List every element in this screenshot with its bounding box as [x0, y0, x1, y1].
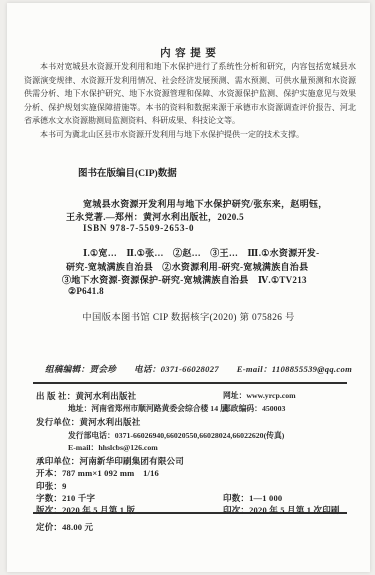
summary-body: 本书对宽城县水资源开发利用和地下水保护进行了系统性分析和研究，内容包括宽城县水资… [24, 60, 356, 142]
impression-line: 印次：2020 年 5 月第 1 次印刷 [223, 504, 340, 516]
printrun-label: 印数： [223, 493, 249, 503]
address-value: 河南省郑州市顺河路黄委会综合楼 14 层 [91, 404, 227, 413]
email-line: E-mail：hhslcbs@126.com [68, 442, 158, 453]
price-label: 定价： [36, 522, 62, 532]
distributor-line: 发行单位：黄河水利出版社 [36, 416, 140, 428]
printrun-value: 1—1 000 [249, 493, 282, 503]
sheets-value: 9 [62, 481, 66, 491]
distributor-value: 黄河水利出版社 [80, 417, 141, 427]
address-label: 地址： [68, 404, 91, 413]
printer-label: 承印单位： [36, 456, 80, 466]
edition-line: 版次：2020 年 5 月第 1 版 [36, 504, 135, 516]
format-value: 787 mm×1 092 mm 1/16 [62, 468, 159, 478]
price-value: 48.00 元 [62, 522, 93, 532]
cip-classification-line: 研究-宽城满族自治县 ②水资源利用-研究-宽城满族自治县 [66, 260, 308, 273]
postcode-label: 邮政编码： [223, 404, 262, 413]
address-line: 地址：河南省郑州市顺河路黄委会综合楼 14 层 [68, 403, 228, 414]
summary-paragraph-2: 本书可为冀北山区县市水资源开发利用与地下水保护提供一定的技术支撑。 [24, 128, 356, 142]
phone-value: 0371-66026940,66020550,66028024,66022620… [115, 431, 285, 440]
editor-contact-line: 组稿编辑：贾会珍 电话：0371-66028027 E-mail：1108855… [45, 363, 352, 375]
cip-classification-line: ③地下水资源-资源保护-研究-宽城满族自治县 Ⅳ.①TV213 [62, 273, 307, 286]
cip-heading: 图书在版编目(CIP)数据 [78, 165, 177, 179]
printrun-line: 印数：1—1 000 [223, 492, 282, 504]
sheets-label: 印张： [36, 481, 62, 491]
wordcount-label: 字数： [36, 493, 62, 503]
website-label: 网址： [223, 391, 246, 400]
printer-value: 河南新华印刷集团有限公司 [80, 456, 184, 466]
summary-title: 内 容 提 要 [7, 45, 370, 60]
format-label: 开本： [36, 468, 62, 478]
website-value: www.yrcp.com [246, 391, 295, 400]
publisher-line: 出 版 社：黄河水利出版社 [36, 390, 136, 402]
summary-paragraph-1: 本书对宽城县水资源开发利用和地下水保护进行了系统性分析和研究，内容包括宽城县水资… [24, 60, 356, 128]
price-line: 定价：48.00 元 [36, 521, 93, 533]
postcode-line: 邮政编码：450003 [223, 403, 285, 414]
wordcount-line: 字数：210 千字 [36, 492, 95, 504]
sheets-line: 印张：9 [36, 480, 67, 492]
email-label: E-mail： [68, 443, 98, 452]
divider-bottom [33, 512, 347, 514]
phone-label: 发行部电话： [68, 431, 115, 440]
format-line: 开本：787 mm×1 092 mm 1/16 [36, 467, 159, 479]
cip-title-line-1: 宽城县水资源开发利用与地下水保护研究/张东来，赵明钰， [83, 197, 328, 210]
divider-top [33, 382, 347, 384]
email-value: hhslcbs@126.com [98, 443, 157, 452]
cip-record-number: 中国版本图书馆 CIP 数据核字(2020) 第 075826 号 [7, 309, 370, 323]
colophon-page: 内 容 提 要 本书对宽城县水资源开发利用和地下水保护进行了系统性分析和研究，内… [7, 3, 370, 572]
distributor-label: 发行单位： [36, 417, 80, 427]
cip-isbn: ISBN 978-7-5509-2653-0 [83, 223, 194, 233]
publisher-label: 出 版 社： [36, 391, 75, 401]
cip-title-line-2: 王永党著.—郑州：黄河水利出版社，2020.5 [66, 210, 244, 223]
wordcount-value: 210 千字 [62, 493, 95, 503]
cip-classification-line: ②P641.8 [68, 286, 104, 297]
website-line: 网址：www.yrcp.com [223, 390, 296, 401]
distribution-phone-line: 发行部电话：0371-66026940,66020550,66028024,66… [68, 430, 284, 441]
publisher-value: 黄河水利出版社 [75, 391, 136, 401]
cip-classification-line: Ⅰ.①宽… Ⅱ.①张… ②赵… ③王… Ⅲ.①水资源开发- [83, 246, 319, 259]
postcode-value: 450003 [262, 404, 285, 413]
printer-line: 承印单位：河南新华印刷集团有限公司 [36, 455, 184, 467]
